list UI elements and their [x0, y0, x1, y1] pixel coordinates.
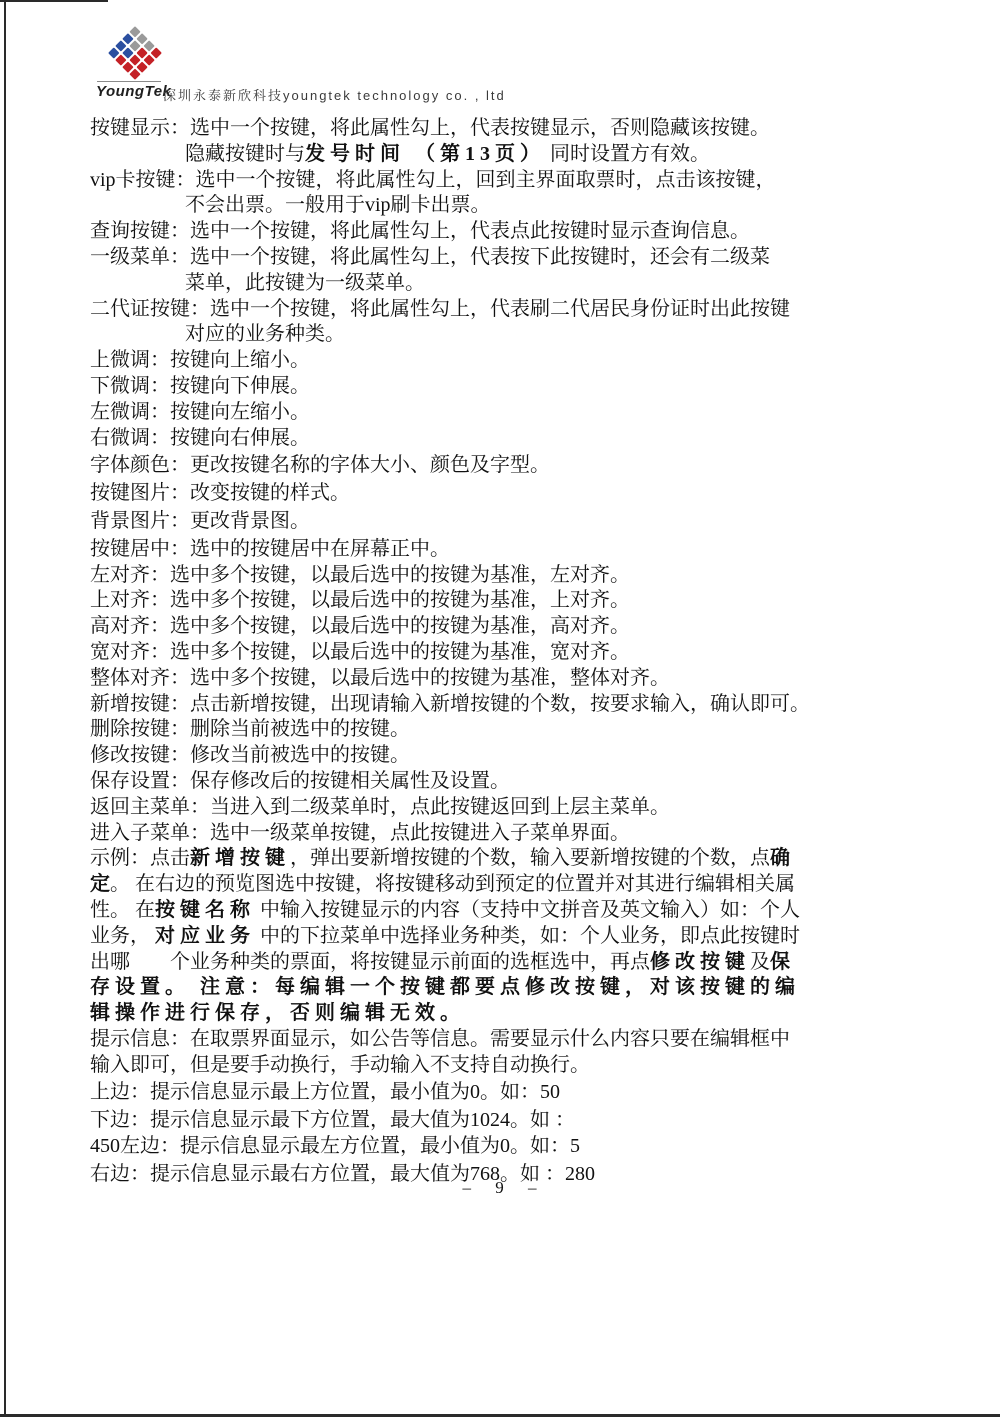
text-line: 查询按键：选中一个按键，将此属性勾上，代表点此按键时显示查询信息。	[90, 219, 930, 245]
text-run: 定	[90, 873, 110, 895]
text-run: 按键居中：选中的按键居中在屏幕正中。	[90, 538, 450, 560]
text-line: 按键显示：选中一个按键，将此属性勾上，代表按键显示，否则隐藏该按键。	[90, 116, 930, 142]
text-line: 二代证按键：选中一个按键，将此属性勾上，代表刷二代居民身份证时出此按键	[90, 297, 930, 323]
text-line: 定。 在右边的预览图选中按键，将按键移动到预定的位置并对其进行编辑相关属	[90, 872, 930, 898]
scan-border-bottom	[0, 1414, 1000, 1417]
company-name: 深圳永泰新欣科技youngtek technology co. , ltd	[163, 85, 506, 104]
scan-border-top-segment	[0, 0, 108, 2]
text-line: 保存设置：保存修改后的按键相关属性及设置。	[90, 769, 930, 795]
text-run: 上微调：按键向上缩小。	[90, 349, 310, 371]
text-line: 背景图片：更改背景图。	[90, 509, 930, 535]
text-run: 450左边：提示信息显示最左方位置，最小值为0。如：5	[90, 1135, 580, 1157]
text-run: 对应的业务种类。	[185, 323, 345, 345]
text-run: 保	[770, 951, 790, 973]
text-run: 进入子菜单：选中一级菜单按键，点此按键进入子菜单界面。	[90, 822, 630, 844]
text-run: 一级菜单：选中一个按键，将此属性勾上，代表按下此按键时，还会有二级菜	[90, 246, 770, 268]
text-line: 不会出票。一般用于vip刷卡出票。	[90, 193, 930, 219]
text-run: 查询按键：选中一个按键，将此属性勾上，代表点此按键时显示查询信息。	[90, 220, 750, 242]
text-line: 下边：提示信息显示最下方位置，最大值为1024。如 ：	[90, 1108, 930, 1134]
text-run: 输入即可，但是要手动换行，手动输入不支持自动换行。	[90, 1054, 590, 1076]
text-run: 右微调：按键向右伸展。	[90, 427, 310, 449]
text-run: 及	[750, 951, 770, 973]
youngtek-logo-icon	[108, 26, 162, 80]
text-run: 字体颜色：更改按键名称的字体大小、颜色及字型。	[90, 454, 550, 476]
text-line: 业务， 对应业务 中的下拉菜单中选择业务种类，如：个人业务，即点此按键时	[90, 924, 930, 950]
text-run: ，弹出要新增按键的个数，输入要新增按键的个数，点	[290, 847, 770, 869]
text-run: 同时设置方有效。	[545, 143, 710, 165]
text-line: 左对齐：选中多个按键，以最后选中的按键为基准，左对齐。	[90, 563, 930, 589]
text-line: 右微调：按键向右伸展。	[90, 426, 930, 452]
text-run: 业务，	[90, 925, 155, 947]
text-run: 注意：每编辑一个按键都要点修改按键，对该按键的编	[200, 976, 800, 998]
text-run: 返回主菜单：当进入到二级菜单时，点此按键返回到上层主菜单。	[90, 796, 670, 818]
text-run: 左对齐：选中多个按键，以最后选中的按键为基准，左对齐。	[90, 564, 630, 586]
text-line: 一级菜单：选中一个按键，将此属性勾上，代表按下此按键时，还会有二级菜	[90, 245, 930, 271]
company-header: YoungTek 深圳永泰新欣科技youngtek technology co.…	[95, 24, 655, 104]
text-run: 辑操作进行保存，否则编辑无效。	[90, 1002, 465, 1024]
text-run: 出哪 个业务种类的票面，将按键显示前面的选框选中，再点	[90, 951, 650, 973]
text-line: 宽对齐：选中多个按键，以最后选中的按键为基准，宽对齐。	[90, 640, 930, 666]
text-run: 删除按键：删除当前被选中的按键。	[90, 718, 410, 740]
text-line: 隐藏按键时与发号时间 （第13页） 同时设置方有效。	[90, 142, 930, 168]
text-line: 上对齐：选中多个按键，以最后选中的按键为基准，上对齐。	[90, 588, 930, 614]
text-line: 整体对齐：选中多个按键，以最后选中的按键为基准，整体对齐。	[90, 666, 930, 692]
text-run: 新增按键	[190, 847, 290, 869]
text-line: 上微调：按键向上缩小。	[90, 348, 930, 374]
text-line: 字体颜色：更改按键名称的字体大小、颜色及字型。	[90, 453, 930, 479]
text-run: 新增按键：点击新增按键，出现请输入新增按键的个数，按要求输入，确认即可。	[90, 693, 810, 715]
text-line: 下微调：按键向下伸展。	[90, 374, 930, 400]
text-run: 宽对齐：选中多个按键，以最后选中的按键为基准，宽对齐。	[90, 641, 630, 663]
text-line: 高对齐：选中多个按键，以最后选中的按键为基准，高对齐。	[90, 614, 930, 640]
text-run: 下边：提示信息显示最下方位置，最大值为1024。如 ：	[90, 1109, 575, 1131]
text-line: 按键居中：选中的按键居中在屏幕正中。	[90, 537, 930, 563]
text-line: 删除按键：删除当前被选中的按键。	[90, 717, 930, 743]
text-run: 菜单，此按键为一级菜单。	[185, 272, 425, 294]
text-line: 菜单，此按键为一级菜单。	[90, 271, 930, 297]
document-page: YoungTek 深圳永泰新欣科技youngtek technology co.…	[0, 0, 1000, 1421]
text-line: 上边：提示信息显示最上方位置，最小值为0。如：50	[90, 1080, 930, 1106]
text-line: 对应的业务种类。	[90, 322, 930, 348]
text-line: 按键图片：改变按键的样式。	[90, 481, 930, 507]
text-run: 不会出票。一般用于vip刷卡出票。	[185, 194, 491, 216]
text-line: 450左边：提示信息显示最左方位置，最小值为0。如：5	[90, 1134, 930, 1160]
text-run: 保存设置：保存修改后的按键相关属性及设置。	[90, 770, 510, 792]
page-number: – 9 –	[0, 1178, 1000, 1198]
text-line: 提示信息：在取票界面显示，如公告等信息。需要显示什么内容只要在编辑框中	[90, 1027, 930, 1053]
text-run: 上对齐：选中多个按键，以最后选中的按键为基准，上对齐。	[90, 589, 630, 611]
text-run: 背景图片：更改背景图。	[90, 510, 310, 532]
text-run: 中输入按键显示的内容（支持中文拼音及英文输入）如：个人	[255, 899, 800, 921]
text-line: 出哪 个业务种类的票面，将按键显示前面的选框选中，再点修改按键及保	[90, 950, 930, 976]
text-run: 确	[770, 847, 790, 869]
text-run: 上边：提示信息显示最上方位置，最小值为0。如：50	[90, 1081, 560, 1103]
text-run: 发号时间 （第13页）	[305, 143, 545, 165]
text-line: 修改按键：修改当前被选中的按键。	[90, 743, 930, 769]
text-run: 中的下拉菜单中选择业务种类，如：个人业务，即点此按键时	[255, 925, 800, 947]
text-run: 性。 在	[90, 899, 155, 921]
text-line: 性。 在按键名称 中输入按键显示的内容（支持中文拼音及英文输入）如：个人	[90, 898, 930, 924]
logo-underline	[97, 81, 161, 82]
text-run: 整体对齐：选中多个按键，以最后选中的按键为基准，整体对齐。	[90, 667, 670, 689]
logo-wordmark: YoungTek	[96, 83, 171, 100]
text-run: 下微调：按键向下伸展。	[90, 375, 310, 397]
text-run: 提示信息：在取票界面显示，如公告等信息。需要显示什么内容只要在编辑框中	[90, 1028, 790, 1050]
text-run: 按键显示：选中一个按键，将此属性勾上，代表按键显示，否则隐藏该按键。	[90, 117, 770, 139]
text-line: 返回主菜单：当进入到二级菜单时，点此按键返回到上层主菜单。	[90, 795, 930, 821]
text-run	[180, 976, 200, 998]
text-run: vip卡按键：选中一个按键，将此属性勾上，回到主界面取票时，点击该按键，	[90, 169, 776, 191]
text-line: 新增按键：点击新增按键，出现请输入新增按键的个数，按要求输入，确认即可。	[90, 692, 930, 718]
text-line: 示例：点击新增按键，弹出要新增按键的个数，输入要新增按键的个数，点确	[90, 846, 930, 872]
text-line: vip卡按键：选中一个按键，将此属性勾上，回到主界面取票时，点击该按键，	[90, 168, 930, 194]
text-line: 输入即可，但是要手动换行，手动输入不支持自动换行。	[90, 1053, 930, 1079]
text-run: 示例：点击	[90, 847, 190, 869]
text-run: 左微调：按键向左缩小。	[90, 401, 310, 423]
text-line: 辑操作进行保存，否则编辑无效。	[90, 1001, 930, 1027]
text-run: 按键名称	[155, 899, 255, 921]
text-run: 。 在右边的预览图选中按键，将按键移动到预定的位置并对其进行编辑相关属	[110, 873, 795, 895]
text-run: 二代证按键：选中一个按键，将此属性勾上，代表刷二代居民身份证时出此按键	[90, 298, 790, 320]
document-body: 按键显示：选中一个按键，将此属性勾上，代表按键显示，否则隐藏该按键。隐藏按键时与…	[90, 116, 930, 1188]
scan-border-left	[4, 0, 6, 1417]
text-line: 进入子菜单：选中一级菜单按键，点此按键进入子菜单界面。	[90, 821, 930, 847]
text-line: 左微调：按键向左缩小。	[90, 400, 930, 426]
text-run: 隐藏按键时与	[185, 143, 305, 165]
text-run: 高对齐：选中多个按键，以最后选中的按键为基准，高对齐。	[90, 615, 630, 637]
text-run: 存设置。	[90, 976, 180, 998]
text-line: 存设置。 注意：每编辑一个按键都要点修改按键，对该按键的编	[90, 975, 930, 1001]
text-run: 修改按键：修改当前被选中的按键。	[90, 744, 410, 766]
text-run: 按键图片：改变按键的样式。	[90, 482, 350, 504]
text-run: 修改按键	[650, 951, 750, 973]
text-run: 对应业务	[155, 925, 255, 947]
